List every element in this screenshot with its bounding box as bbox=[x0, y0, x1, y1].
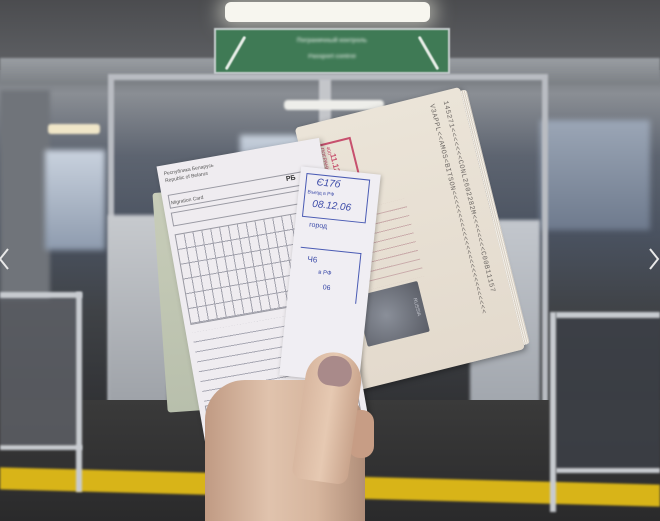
sign-arrow-right-icon bbox=[418, 36, 440, 70]
chevron-left-icon bbox=[0, 244, 14, 274]
barrier-rail bbox=[0, 292, 82, 298]
barrier-glass-left bbox=[0, 298, 76, 445]
sign-text-line1: Пограничный контроль bbox=[276, 38, 388, 44]
chevron-right-icon bbox=[644, 244, 660, 274]
background-lamp bbox=[48, 124, 100, 134]
second-stamp: Ч6 в РФ 06 bbox=[295, 247, 361, 304]
barrier-glass-right bbox=[556, 318, 660, 468]
sign-text-line2: Passport control bbox=[276, 54, 388, 60]
sign-arrow-left-icon bbox=[225, 36, 247, 70]
barrier-post bbox=[76, 292, 82, 492]
entry-stamp-blue: Є17б Въезд в РФ 08.12.06 bbox=[302, 173, 370, 223]
ceiling-light bbox=[225, 2, 430, 22]
barrier-rail bbox=[556, 312, 660, 318]
barrier-rail bbox=[0, 445, 82, 450]
photo-viewer: Пограничный контроль Passport control 40… bbox=[0, 0, 660, 521]
passport-control-sign: Пограничный контроль Passport control bbox=[214, 28, 450, 74]
next-slide-button[interactable] bbox=[644, 244, 660, 274]
barrier-post bbox=[550, 312, 556, 512]
background-window bbox=[540, 120, 650, 230]
background-window bbox=[45, 150, 105, 250]
previous-slide-button[interactable] bbox=[0, 244, 14, 274]
slip-city: город bbox=[309, 222, 328, 231]
barrier-rail bbox=[556, 468, 660, 473]
